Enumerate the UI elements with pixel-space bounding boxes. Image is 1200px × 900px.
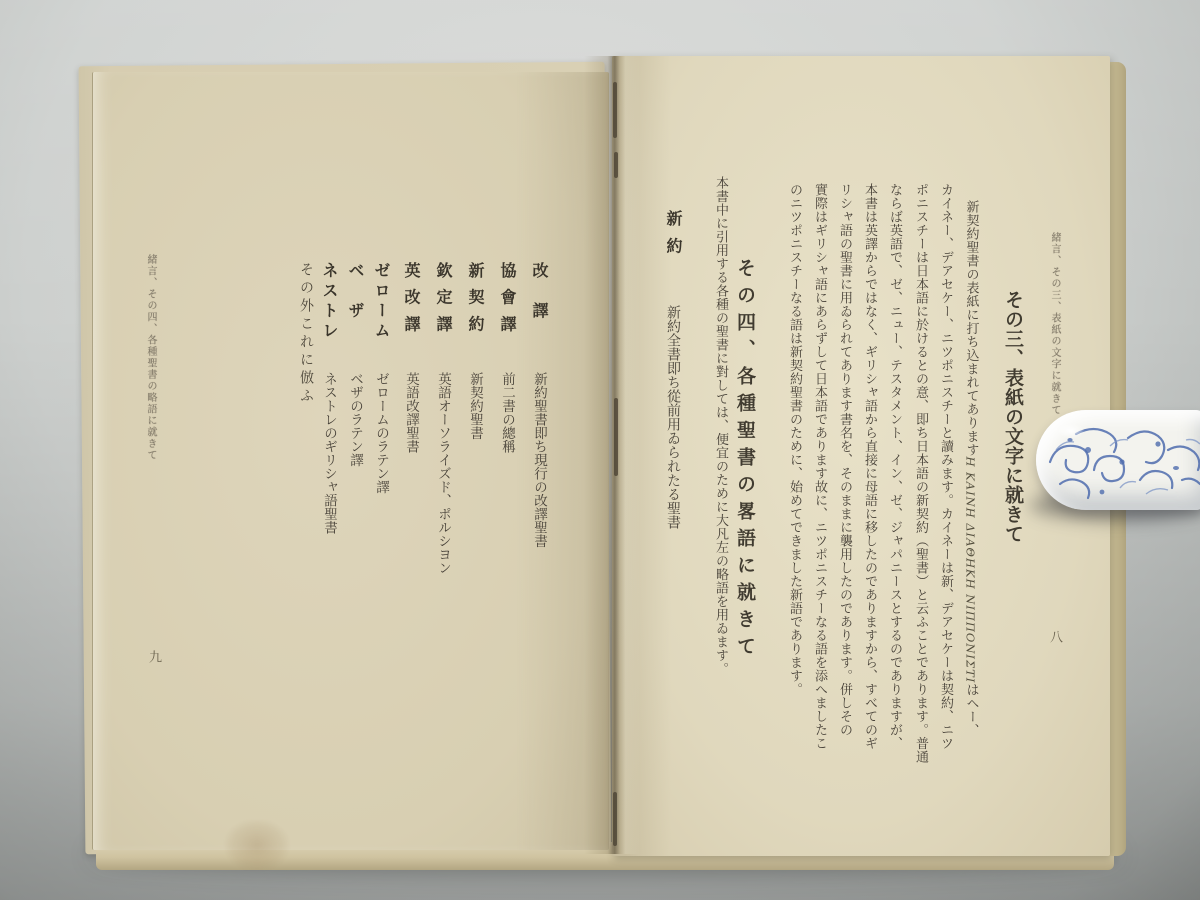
right-page-number: 八 (1048, 630, 1061, 643)
body-column: 本書は英譯からではなく、ギリシャ語から直接に母語に移したのでありますから、すべて… (863, 183, 876, 750)
abbreviation-definition: 前二書の總稱 (499, 372, 515, 453)
list-footnote: その外これに倣ふ (299, 262, 313, 406)
section-four-heading: その四、各種聖書の畧語に就きて (735, 258, 754, 663)
body-column: 實際はギリシャ語にあらずして日本語であります故に、ニツポニスチーなる語を添へまし… (813, 183, 826, 750)
abbreviation-entry: 欽定譯英語オーソライズド、ポルシヨン (435, 262, 451, 575)
paper-stain (225, 820, 289, 870)
section-four-intro: 本書中に引用する各種の聖書に對しては、便宜のために大凡左の略語を用ゐます。 (714, 176, 727, 676)
binding-stitch (614, 398, 618, 476)
body-column: 新契約聖書の表紙に打ち込まれてありますΗ ΚΑΙΝΗ ΔΙΑΘΗΚΗ ΝΙΠΠΟ… (964, 200, 978, 737)
abbreviation-term: 新約 (664, 210, 683, 265)
binding-stitch (613, 82, 617, 138)
abbreviation-definition: ゼロームのラテン譯 (373, 372, 389, 494)
abbreviation-entry: 新契約新契約聖書 (467, 262, 483, 440)
abbreviation-term: 改譯 (530, 262, 549, 342)
binding-stitch (614, 152, 618, 178)
abbreviation-definition: 英語オーソライズド、ポルシヨン (435, 372, 451, 575)
abbreviation-entry: ネストレネストレのギリシャ語聖書 (321, 262, 337, 534)
body-column: リシャ語の聖書に用ゐられてあります書名を、そのままに襲用したのであります。併しそ… (838, 183, 851, 737)
left-page: 緒言、その四、各種聖書の略語に就きて 改譯新約聖書即ち現行の改譯聖書 協會譯前二… (92, 72, 609, 850)
porcelain-highlight (1058, 424, 1084, 438)
abbreviation-term: 欽定譯 (434, 262, 453, 342)
abbreviation-term: ゼローム (372, 262, 391, 342)
section-three-heading: その三、表紙の文字に就きて (1003, 290, 1022, 544)
greek-title-text: Η ΚΑΙΝΗ ΔΙΑΘΗΚΗ ΝΙΠΠΟΝΙΣΤΙ (964, 457, 978, 684)
photo-of-open-book: { "meta": { "background_color": "#cdd0ce… (0, 0, 1200, 900)
body-text: 新契約聖書の表紙に打ち込まれてあります (964, 200, 979, 457)
binding-stitch (613, 792, 617, 846)
porcelain-paperweight (1036, 410, 1200, 510)
body-column: ポニスチーは日本語に於けるとの意、即ち日本語の新契約（聖書）と云ふことであります… (914, 183, 927, 764)
body-column: ならば英語で、ゼ、ニュー、テスタメント、イン、ゼ、ジャパニースとするのであります… (888, 183, 901, 750)
abbreviation-term: 協會譯 (498, 262, 517, 342)
abbreviation-definition: 新約聖書即ち現行の改譯聖書 (531, 372, 547, 548)
body-column: カイネー、デアセケー、ニツポニスチーと讀みます。カイネーは新、デアセケーは契約、… (939, 183, 952, 750)
abbreviation-definition: 新約全書即ち從前用ゐられたる聖書 (665, 305, 681, 529)
abbreviation-entry: ゼロームゼロームのラテン譯 (373, 262, 389, 494)
abbreviation-term: 新契約 (466, 262, 485, 342)
porcelain-floral-pattern (1036, 410, 1200, 510)
abbreviation-definition: ベザのラテン譯 (347, 372, 363, 467)
left-running-head: 緒言、その四、各種聖書の略語に就きて (145, 254, 155, 461)
body-column: のニツポニスチーなる語は新契約聖書のために、始めてできました新語であります。 (788, 183, 801, 696)
abbreviation-term: ベザ (346, 262, 365, 342)
abbreviation-definition: 新契約聖書 (467, 372, 483, 440)
abbreviation-term: ネストレ (320, 262, 339, 342)
body-text: はヘー、 (964, 683, 979, 737)
right-running-head: 緒言、その三、表紙の文字に就きて (1049, 232, 1059, 416)
abbreviation-entry: 英改譯英語改譯聖書 (403, 262, 419, 453)
abbreviation-entry: 協會譯前二書の總稱 (499, 262, 515, 453)
abbreviation-definition: ネストレのギリシャ語聖書 (321, 372, 337, 534)
abbreviation-entry: 新約新約全書即ち從前用ゐられたる聖書 (665, 210, 681, 529)
abbreviation-term: 英改譯 (402, 262, 421, 342)
abbreviation-entry: ベザベザのラテン譯 (347, 262, 363, 467)
abbreviation-entry: 改譯新約聖書即ち現行の改譯聖書 (531, 262, 547, 548)
abbreviation-definition: 英語改譯聖書 (403, 372, 419, 453)
left-page-number: 九 (147, 650, 160, 663)
